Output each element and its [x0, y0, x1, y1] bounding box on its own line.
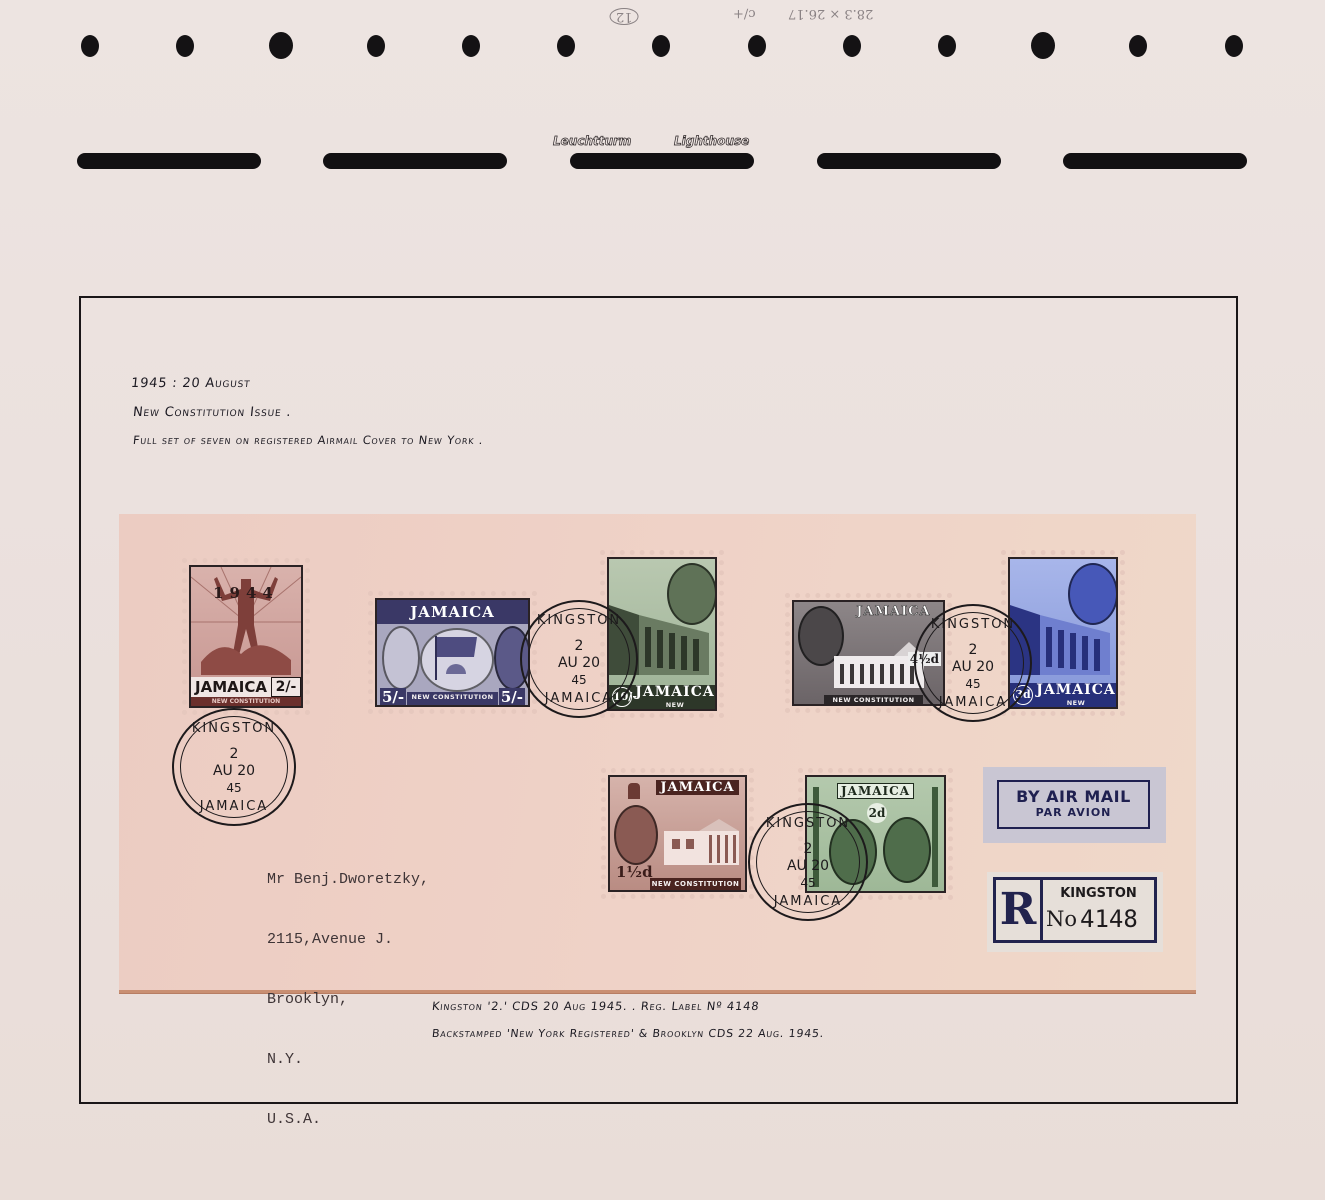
binder-slot [570, 153, 754, 169]
binder-hole [269, 32, 293, 59]
postmark-kingston: KINGSTON 2 AU 20 45 JAMAICA [914, 604, 1032, 722]
brand-lighthouse: Lighthouse [674, 134, 749, 148]
airmail-line1: BY AIR MAIL [999, 787, 1148, 806]
binder-hole [176, 35, 194, 57]
postmark-number: 2 [750, 841, 866, 858]
postmark-year: 45 [750, 875, 866, 892]
pencil-price-code: c/+ [733, 6, 756, 21]
binder-slot [77, 153, 261, 169]
stamp-5-shillings: JAMAICA 5/- 5/- NEW CONSTITUTION 1944 [375, 598, 530, 707]
registration-letter: R [996, 880, 1043, 940]
airmail-line2: PAR AVION [999, 806, 1148, 819]
postmark-country: JAMAICA [750, 893, 866, 910]
postmark-date: AU 20 [916, 659, 1030, 676]
postmark-country: JAMAICA [916, 694, 1030, 711]
binder-hole [1129, 35, 1147, 57]
stamp-country: JAMAICA [656, 780, 739, 795]
binder-hole [1225, 35, 1243, 57]
flag-icon [420, 628, 490, 688]
postmark-number: 2 [916, 642, 1030, 659]
stamp-inscription: NEW CONSTITUTION 1944 [635, 701, 715, 711]
postmark-office: KINGSTON [916, 616, 1030, 633]
stamp-value: 2/- [271, 677, 301, 697]
binder-hole [462, 35, 480, 57]
king-portrait [883, 817, 931, 883]
note-issue: New Constitution Issue . [132, 405, 292, 420]
postmark-year: 45 [916, 676, 1030, 693]
king-portrait [614, 805, 658, 865]
postmark-date: AU 20 [174, 763, 294, 780]
stamp-inscription: NEW CONSTITUTION 1944 [824, 695, 923, 706]
crown-icon [628, 783, 640, 799]
postmark-kingston: KINGSTON 2 AU 20 45 JAMAICA [520, 600, 638, 718]
postmark-kingston: KINGSTON 2 AU 20 45 JAMAICA [172, 708, 296, 826]
pencil-page-number: 12 [610, 8, 639, 25]
stamp-inscription: NEW CONSTITUTION [191, 697, 301, 707]
registration-label: R KINGSTON No 4148 [987, 872, 1163, 952]
binder-hole [81, 35, 99, 57]
binder-hole [1031, 32, 1055, 59]
stamp-inscription: NEW CONSTITUTION 1944 [650, 878, 741, 892]
address-line: Brooklyn, [267, 990, 429, 1010]
registration-prefix: No [1046, 907, 1077, 931]
stamp-country: JAMAICA [837, 783, 914, 799]
postmark-country: JAMAICA [174, 798, 294, 815]
postmark-date: AU 20 [522, 655, 636, 672]
stamp-country: JAMAICA [635, 684, 715, 700]
binder-hole [557, 35, 575, 57]
stamp-1half-pence: JAMAICA 1½d NEW CONSTITUTION 1944 [608, 775, 747, 892]
address-line: 2115,Avenue J. [267, 930, 429, 950]
postmark-office: KINGSTON [522, 612, 636, 629]
note-backstamp-details: Backstamped 'New York Registered' & Broo… [431, 1027, 825, 1040]
binder-hole [938, 35, 956, 57]
stamp-inscription: NEW CONSTITUTION 1944 [1036, 699, 1116, 709]
binder-slot [817, 153, 1001, 169]
registration-number: 4148 [1080, 905, 1138, 933]
binder-hole [843, 35, 861, 57]
binder-slot [323, 153, 507, 169]
stamp-2-shillings: 1944 JAMAICA 2/- NEW CONSTITUTION [189, 565, 303, 708]
scroll-vignette [382, 626, 420, 690]
postmark-number: 2 [522, 638, 636, 655]
stamp-value: 1½d [616, 863, 653, 881]
airmail-label: BY AIR MAIL PAR AVION [983, 767, 1166, 843]
address-line: N.Y. [267, 1050, 429, 1070]
postmark-kingston: KINGSTON 2 AU 20 45 JAMAICA [748, 803, 868, 921]
stamp-country: JAMAICA [191, 677, 271, 697]
address-line: U.S.A. [267, 1110, 429, 1130]
postmark-office: KINGSTON [750, 815, 866, 832]
postmark-office: KINGSTON [174, 720, 294, 737]
stamp-inscription: NEW CONSTITUTION 1944 [407, 692, 498, 707]
binder-hole [652, 35, 670, 57]
binder-hole [748, 35, 766, 57]
registration-office: KINGSTON [1043, 886, 1154, 901]
postmark-number: 2 [174, 746, 294, 763]
stamp-country: JAMAICA [377, 603, 528, 621]
binder-slot [1063, 153, 1247, 169]
postmark-country: JAMAICA [522, 690, 636, 707]
brand-leuchtturm: Leuchtturm [553, 134, 631, 148]
note-description: Full set of seven on registered Airmail … [132, 433, 484, 447]
stamp-year: 1944 [191, 584, 301, 602]
mace-right-icon [932, 787, 938, 887]
stamp-value: 5/- [380, 688, 406, 706]
postmark-year: 45 [522, 672, 636, 689]
courthouse-icon [654, 801, 747, 871]
note-postmark-details: Kingston '2.' CDS 20 Aug 1945. . Reg. La… [431, 999, 760, 1013]
postmark-year: 45 [174, 780, 294, 797]
stamp-country: JAMAICA [1036, 682, 1116, 698]
pencil-dimensions: 28.3 × 26.17 [788, 6, 873, 21]
binder-hole [367, 35, 385, 57]
flag-vignette [420, 628, 494, 692]
recipient-address: Mr Benj.Dworetzky, 2115,Avenue J. Brookl… [267, 830, 429, 1150]
note-date: 1945 : 20 August [130, 376, 251, 391]
address-line: Mr Benj.Dworetzky, [267, 870, 429, 890]
stamp-value: 2d [867, 803, 887, 823]
postmark-date: AU 20 [750, 858, 866, 875]
